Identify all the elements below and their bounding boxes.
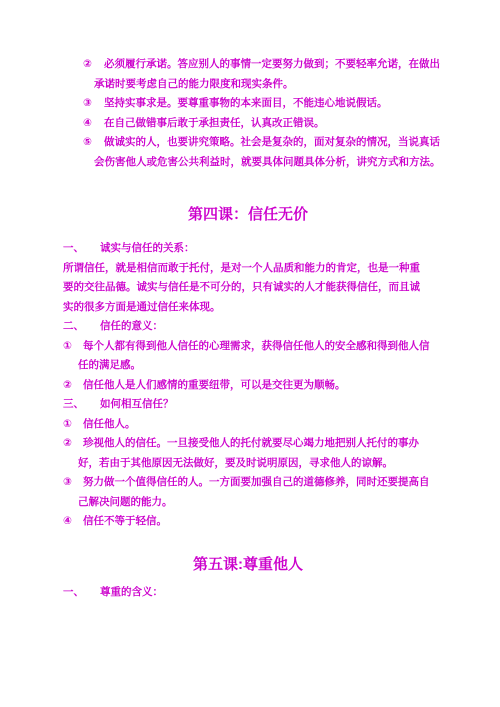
lesson-4-title: 第四课：信任无价	[63, 204, 433, 226]
honesty-requirements-list: ② 必须履行承诺。答应别人的事情一定要努力做到；不要轻率允诺，在做出 承诺时要考…	[63, 55, 433, 172]
section-title: 尊重的含义：	[100, 586, 163, 598]
item-marker: ①	[63, 415, 83, 435]
list-item: ② 必须履行承诺。答应别人的事情一定要努力做到；不要轻率允诺，在做出 承诺时要考…	[83, 55, 433, 94]
item-marker: ②	[63, 376, 83, 396]
section-title: 诚实与信任的关系：	[100, 242, 195, 254]
section-1-paragraph: 所谓信任，就是相信而敢于托付，是对一个人品质和能力的肯定，也是一种重 要的交往品…	[63, 259, 433, 318]
section-label-trust-significance: 二、信任的意义：	[63, 317, 433, 337]
item-marker: ①	[63, 337, 83, 357]
text-line: 信任不等于轻信。	[83, 512, 167, 532]
section-number: 一、	[63, 583, 100, 603]
list-item: ③ 坚持实事求是。要尊重事物的本来面目，不能违心地说假话。	[83, 94, 433, 114]
text-line: 任的满足感。	[78, 356, 430, 376]
text-line: 坚持实事求是。要尊重事物的本来面目，不能违心地说假话。	[104, 94, 388, 114]
text-line: 努力做一个值得信任的人。一方面要加强自己的道德修养，同时还要提高自	[83, 473, 430, 493]
text-line: 信任他人是人们感情的重要纽带，可以是交往更为顺畅。	[83, 376, 346, 396]
item-marker: ②	[83, 55, 104, 75]
item-text: 做诚实的人，也要讲究策略。社会是复杂的，面对复杂的情况，当说真话 会伤害他人或危…	[104, 133, 441, 172]
trust-significance-list: ① 每个人都有得到他人信任的心理需求，获得信任他人的安全感和得到他人信 任的满足…	[63, 337, 433, 396]
text-line: 会伤害他人或危害公共利益时，就要具体问题具体分析，讲究方式和方法。	[94, 153, 441, 173]
list-item: ① 每个人都有得到他人信任的心理需求，获得信任他人的安全感和得到他人信 任的满足…	[63, 337, 433, 376]
document-page: ② 必须履行承诺。答应别人的事情一定要努力做到；不要轻率允诺，在做出 承诺时要考…	[0, 0, 500, 707]
document-content: ② 必须履行承诺。答应别人的事情一定要努力做到；不要轻率允诺，在做出 承诺时要考…	[63, 55, 433, 602]
list-item: ③ 努力做一个值得信任的人。一方面要加强自己的道德修养，同时还要提高自 己解决问…	[63, 473, 433, 512]
section-title: 如何相互信任？	[100, 398, 174, 410]
item-text: 坚持实事求是。要尊重事物的本来面目，不能违心地说假话。	[104, 94, 388, 114]
text-line: 实的很多方面是通过信任来体现。	[63, 298, 433, 318]
mutual-trust-list: ① 信任他人。 ② 珍视他人的信任。一旦接受他人的托付就要尽心竭力地把别人托付的…	[63, 415, 433, 532]
item-marker: ⑤	[83, 133, 104, 153]
section-number: 一、	[63, 239, 100, 259]
list-item: ④ 信任不等于轻信。	[63, 512, 433, 532]
section-title: 信任的意义：	[100, 320, 163, 332]
text-line: 所谓信任，就是相信而敢于托付，是对一个人品质和能力的肯定，也是一种重	[63, 259, 433, 279]
section-label-mutual-trust: 三、如何相互信任？	[63, 395, 433, 415]
section-number: 三、	[63, 395, 100, 415]
item-marker: ④	[83, 114, 104, 134]
list-item: ② 信任他人是人们感情的重要纽带，可以是交往更为顺畅。	[63, 376, 433, 396]
item-marker: ③	[63, 473, 83, 493]
list-item: ① 信任他人。	[63, 415, 433, 435]
item-text: 信任他人是人们感情的重要纽带，可以是交往更为顺畅。	[83, 376, 346, 396]
text-line: 承诺时要考虑自己的能力限度和现实条件。	[94, 75, 440, 95]
item-text: 信任不等于轻信。	[83, 512, 167, 532]
item-marker: ②	[63, 434, 83, 454]
item-text: 信任他人。	[83, 415, 136, 435]
text-line: 必须履行承诺。答应别人的事情一定要努力做到；不要轻率允诺，在做出	[104, 55, 440, 75]
list-item: ④ 在自己做错事后敢于承担责任，认真改正错误。	[83, 114, 433, 134]
section-label-honesty-trust-relation: 一、诚实与信任的关系：	[63, 239, 433, 259]
item-text: 每个人都有得到他人信任的心理需求，获得信任他人的安全感和得到他人信 任的满足感。	[83, 337, 430, 376]
list-item: ⑤ 做诚实的人，也要讲究策略。社会是复杂的，面对复杂的情况，当说真话 会伤害他人…	[83, 133, 433, 172]
item-text: 必须履行承诺。答应别人的事情一定要努力做到；不要轻率允诺，在做出 承诺时要考虑自…	[104, 55, 440, 94]
text-line: 在自己做错事后敢于承担责任，认真改正错误。	[104, 114, 325, 134]
section-number: 二、	[63, 317, 100, 337]
text-line: 信任他人。	[83, 415, 136, 435]
text-line: 珍视他人的信任。一旦接受他人的托付就要尽心竭力地把别人托付的事办	[83, 434, 419, 454]
list-item: ② 珍视他人的信任。一旦接受他人的托付就要尽心竭力地把别人托付的事办 好，若由于…	[63, 434, 433, 473]
text-line: 要的交往品德。诚实与信任是不可分的，只有诚实的人才能获得信任，而且诚	[63, 278, 433, 298]
lesson-5-title: 第五课:尊重他人	[63, 554, 433, 576]
item-marker: ③	[83, 94, 104, 114]
item-text: 努力做一个值得信任的人。一方面要加强自己的道德修养，同时还要提高自 己解决问题的…	[83, 473, 430, 512]
section-label-respect-meaning: 一、尊重的含义：	[63, 583, 433, 603]
text-line: 做诚实的人，也要讲究策略。社会是复杂的，面对复杂的情况，当说真话	[104, 133, 441, 153]
item-marker: ④	[63, 512, 83, 532]
text-line: 己解决问题的能力。	[78, 493, 430, 513]
item-text: 在自己做错事后敢于承担责任，认真改正错误。	[104, 114, 325, 134]
item-text: 珍视他人的信任。一旦接受他人的托付就要尽心竭力地把别人托付的事办 好，若由于其他…	[83, 434, 419, 473]
text-line: 好，若由于其他原因无法做好，要及时说明原因，寻求他人的谅解。	[78, 454, 419, 474]
text-line: 每个人都有得到他人信任的心理需求，获得信任他人的安全感和得到他人信	[83, 337, 430, 357]
